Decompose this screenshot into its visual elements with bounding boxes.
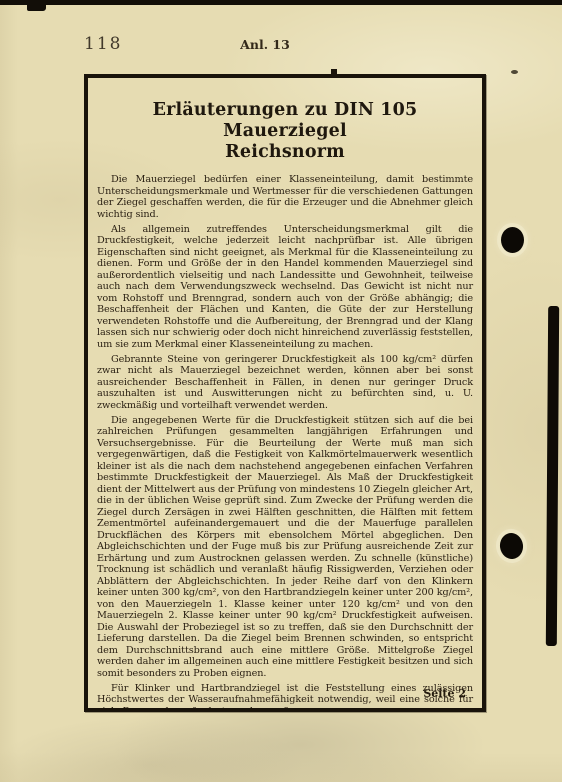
content-frame: Erläuterungen zu DIN 105 Mauerziegel Rei… bbox=[84, 74, 486, 712]
paragraph: Die Mauerziegel bedürfen einer Klassenei… bbox=[97, 174, 473, 220]
ink-speck bbox=[511, 70, 518, 74]
page-number: 118 bbox=[84, 34, 122, 54]
scan-top-edge bbox=[0, 0, 562, 5]
paragraph: Als allgemein zutreffendes Unterscheidun… bbox=[97, 224, 473, 351]
document-title-line2: Reichsnorm bbox=[97, 142, 473, 163]
header-annotation: Anl. 13 bbox=[225, 37, 305, 52]
document-title-line1: Erläuterungen zu DIN 105 Mauerziegel bbox=[97, 100, 473, 142]
scan-right-edge bbox=[546, 306, 559, 646]
document-body: Die Mauerziegel bedürfen einer Klassenei… bbox=[97, 174, 473, 708]
scanned-page: 118 Anl. 13 Erläuterungen zu DIN 105 Mau… bbox=[0, 0, 562, 782]
paragraph: Die angegebenen Werte für die Druckfesti… bbox=[97, 415, 473, 680]
punch-hole-bottom bbox=[498, 532, 524, 561]
frame-tick-mark bbox=[331, 69, 337, 78]
frame-inner: Erläuterungen zu DIN 105 Mauerziegel Rei… bbox=[88, 78, 482, 708]
paragraph: Gebrannte Steine von geringerer Druckfes… bbox=[97, 354, 473, 412]
page-footer: Seite 2 bbox=[423, 687, 466, 700]
punch-hole-top bbox=[501, 227, 524, 253]
binder-mark bbox=[27, 0, 46, 11]
paragraph: Für Klinker und Hartbrandziegel ist die … bbox=[97, 683, 473, 709]
document-title: Erläuterungen zu DIN 105 Mauerziegel Rei… bbox=[97, 100, 473, 163]
